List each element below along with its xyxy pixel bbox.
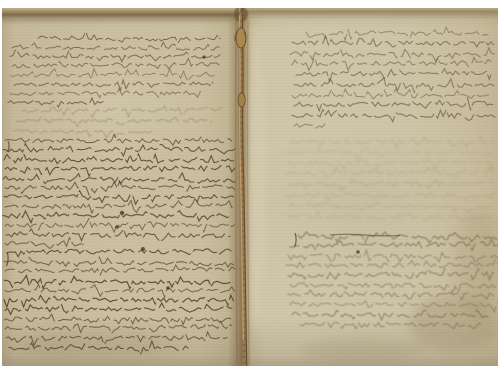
handwritten-line: [296, 68, 492, 81]
handwritten-line: [292, 36, 494, 47]
handwritten-line: [288, 156, 492, 169]
handwritten-line: [4, 275, 234, 290]
right-page-tail-faint: [430, 329, 497, 339]
screenshot-root: [0, 0, 500, 375]
left-page-block-2-faded: [14, 104, 224, 138]
manuscript-photo: [2, 8, 498, 366]
handwritten-line: [8, 98, 103, 107]
handwritten-line: [294, 124, 325, 128]
handwritten-line: [5, 198, 235, 214]
handwritten-line: [286, 192, 493, 201]
handwritten-line: [4, 295, 234, 307]
handwritten-line: [288, 180, 492, 191]
initial-flourish: [295, 233, 297, 247]
left-page-block-3: [3, 134, 235, 249]
left-page-block-1: [8, 31, 220, 107]
handwritten-line: [300, 322, 482, 329]
handwritten-line: [288, 269, 498, 281]
handwritten-line: [16, 116, 212, 127]
handwritten-line: [290, 46, 495, 62]
handwritten-line: [4, 191, 234, 205]
ink-blot: [166, 286, 170, 290]
handwritten-line: [287, 211, 491, 222]
handwritten-line: [6, 229, 230, 242]
handwritten-line: [286, 148, 493, 157]
handwritten-line: [290, 283, 498, 293]
handwritten-line: [9, 341, 188, 355]
handwritten-line: [7, 249, 231, 257]
handwritten-line: [4, 256, 234, 268]
right-page-crease: [248, 20, 249, 366]
handwritten-line: [290, 136, 494, 148]
left-page-crease: [236, 12, 237, 364]
ink-blot: [141, 247, 145, 251]
handwriting-layer: [2, 8, 498, 366]
ink-blot: [120, 211, 124, 215]
handwritten-line: [290, 301, 497, 312]
ink-blot: [115, 225, 119, 229]
handwritten-line: [3, 211, 230, 223]
handwritten-line: [292, 309, 488, 321]
right-page-bleedthrough: [286, 136, 494, 222]
handwritten-line: [430, 329, 497, 339]
initial-flourish: [8, 141, 10, 152]
right-page-block-2-faded: [286, 232, 498, 330]
handwritten-line: [12, 41, 219, 50]
handwritten-line: [5, 237, 83, 249]
handwritten-line: [292, 109, 496, 122]
handwritten-line: [286, 258, 498, 268]
handwritten-line: [3, 142, 235, 157]
cord-knot-lower: [238, 93, 245, 107]
handwritten-line: [294, 98, 493, 111]
handwritten-line: [286, 166, 493, 181]
handwritten-line: [12, 58, 219, 70]
ink-blot: [202, 55, 205, 58]
handwritten-line: [290, 238, 497, 252]
ink-strokes: [3, 27, 498, 354]
handwritten-line: [298, 232, 497, 244]
handwritten-line: [4, 154, 234, 165]
handwritten-line: [22, 104, 224, 118]
handwritten-line: [292, 56, 491, 70]
handwritten-line: [4, 314, 234, 325]
binding-cord: [234, 8, 249, 366]
handwritten-line: [5, 265, 235, 276]
ink-blot: [356, 250, 359, 253]
initial-flourish: [7, 252, 9, 266]
right-page-block-1: [290, 27, 496, 128]
handwritten-line: [289, 202, 491, 213]
handwritten-line: [5, 134, 232, 146]
handwritten-line: [14, 130, 154, 138]
left-page-block-4: [4, 249, 235, 355]
handwritten-line: [288, 249, 498, 264]
handwritten-line: [292, 88, 491, 99]
handwritten-line: [306, 27, 488, 41]
handwritten-line: [10, 88, 200, 98]
handwritten-line: [38, 31, 220, 43]
handwritten-line: [5, 166, 235, 177]
handwritten-line: [5, 303, 232, 315]
handwritten-line: [288, 290, 498, 300]
handwritten-line: [14, 80, 213, 91]
handwritten-line: [5, 218, 235, 232]
handwritten-line: [10, 68, 214, 79]
handwritten-line: [5, 284, 235, 297]
handwritten-line: [6, 332, 227, 345]
